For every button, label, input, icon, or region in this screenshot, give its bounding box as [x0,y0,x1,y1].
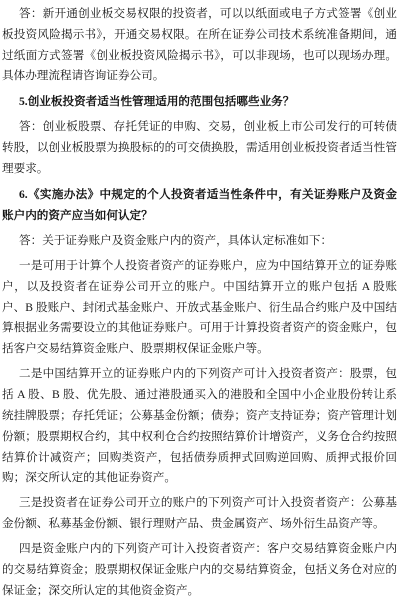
question-6-heading: 6.《实施办法》中规定的个人投资者适当性条件中，有关证券账户及资金账户内的资产应… [2,185,397,227]
answer-item-first: 一是可用于计算个人投资者资产的证券账户，应为中国结算开立的证券账户，以及投资者在… [2,256,397,360]
question-5-heading: 5.创业板投资者适当性管理适用的范围包括哪些业务？ [2,92,397,113]
answer-item-third: 三是投资者在证券公司开立的账户的下列资产可计入投资者资产：公募基金份额、私募基金… [2,493,397,535]
answer-item-fourth: 四是资金账户内的下列资产可计入投资者资产：客户交易结算资金账户内的交易结算资金；… [2,539,397,596]
answer-paragraph-q5: 答：创业板股票、存托凭证的申购、交易，创业板上市公司发行的可转债转股，以创业板股… [2,117,397,179]
answer-paragraph-q4-continued: 答：新开通创业板交易权限的投资者，可以以纸面或电子方式签署《创业板投资风险揭示书… [2,4,397,87]
answer-item-second: 二是中国结算开立的证券账户内的下列资产可计入投资者资产：股票，包括 A 股、B … [2,364,397,489]
document-page: 答：新开通创业板交易权限的投资者，可以以纸面或电子方式签署《创业板投资风险揭示书… [0,0,400,596]
answer-paragraph-q6-intro: 答：关于证券账户及资金账户内的资产，具体认定标准如下： [2,231,397,252]
